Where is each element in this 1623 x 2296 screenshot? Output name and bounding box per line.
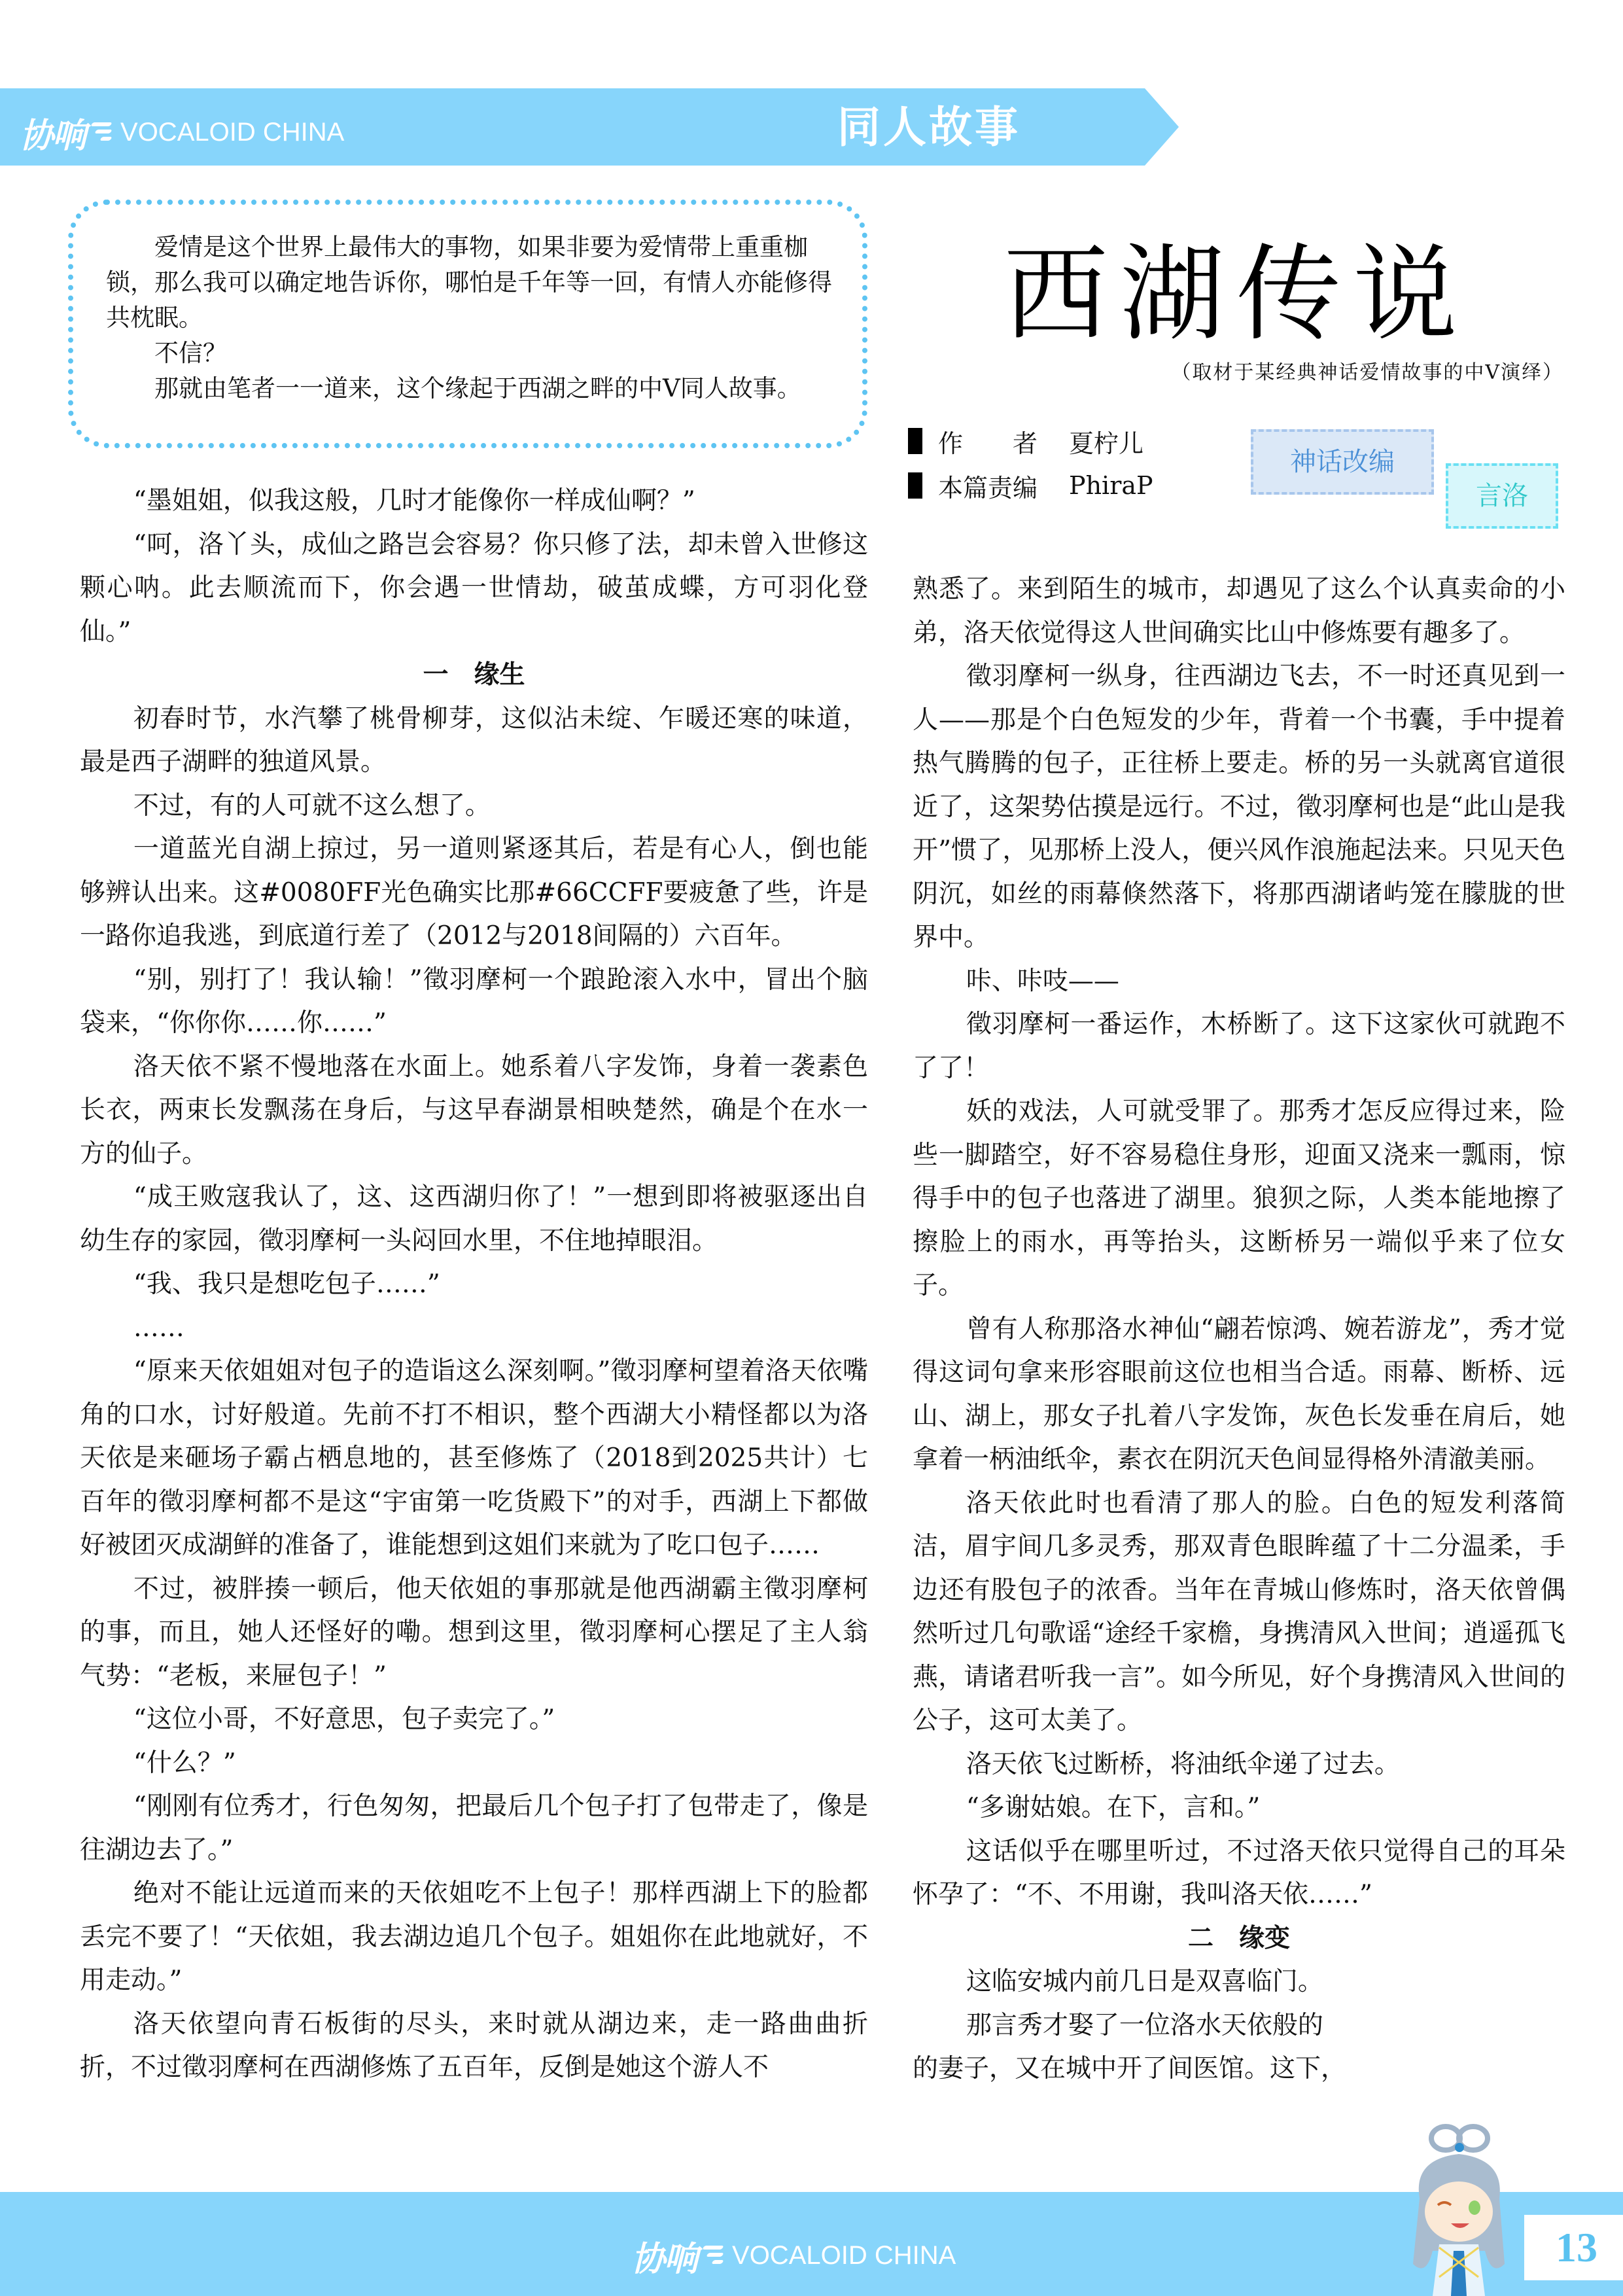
header-logo: 协响 VOCALOID CHINA <box>20 108 344 157</box>
body-paragraph: 不过，被胖揍一顿后，他天依姐的事那就是他西湖霸主徵羽摩柯的事，而且，她人还怪好的… <box>80 1568 868 1699</box>
credit-label: 作 者 <box>938 423 1069 459</box>
bullet-square-icon <box>908 428 922 454</box>
body-paragraph: “墨姐姐，似我这般，几时才能像你一样成仙啊？” <box>80 480 868 523</box>
body-paragraph: “多谢姑娘。在下，言和。” <box>913 1786 1565 1830</box>
article-subtitle: （取材于某经典神话爱情故事的中V演绎） <box>1007 356 1563 385</box>
body-paragraph: “这位小哥，不好意思，包子卖完了。” <box>80 1698 868 1742</box>
intro-box: 爱情是这个世界上最伟大的事物，如果非要为爱情带上重重枷锁，那么我可以确定地告诉你… <box>68 200 867 448</box>
body-paragraph: “呵，洛丫头，成仙之路岂会容易？你只修了法，却未曾入世修这颗心呐。此去顺流而下，… <box>80 523 868 654</box>
body-paragraph: 妖的戏法，人可就受罪了。那秀才怎反应得过来，险些一脚踏空，好不容易稳住身形，迎面… <box>913 1090 1565 1308</box>
credit-author: 作 者 夏柠儿 <box>908 419 1153 463</box>
body-paragraph: 咔、咔吱—— <box>913 960 1565 1004</box>
chapter-heading: 二 缘变 <box>913 1917 1565 1961</box>
page-number: 13 <box>1537 2218 1616 2277</box>
body-paragraph: “刚刚有位秀才，行色匆匆，把最后几个包子打了包带走了，像是往湖边去了。” <box>80 1785 868 1872</box>
intro-paragraph: 那就由笔者一一道来，这个缘起于西湖之畔的中V同人故事。 <box>106 371 832 406</box>
header-arrow-shape <box>1145 88 1179 166</box>
body-paragraph: 熟悉了。来到陌生的城市，却遇见了这么个认真卖命的小弟，洛天依觉得这人世间确实比山… <box>913 568 1565 655</box>
intro-paragraph: 爱情是这个世界上最伟大的事物，如果非要为爱情带上重重枷锁，那么我可以确定地告诉你… <box>106 230 832 336</box>
body-paragraph: “什么？” <box>80 1742 868 1786</box>
intro-paragraph: 不信？ <box>106 336 832 371</box>
body-paragraph: 的妻子，又在城中开了间医馆。这下， <box>913 2047 1565 2091</box>
body-paragraph: 徵羽摩柯一番运作，木桥断了。这下这家伙可就跑不了了！ <box>913 1003 1565 1090</box>
body-paragraph: 这临安城内前几日是双喜临门。 <box>913 1960 1565 2004</box>
logo-english: VOCALOID CHINA <box>120 118 344 147</box>
body-paragraph: “成王败寇我认了，这、这西湖归你了！”一想到即将被驱逐出自幼生存的家园，徵羽摩柯… <box>80 1176 868 1263</box>
body-paragraph: 洛天依此时也看清了那人的脸。白色的短发利落简洁，眉宇间几多灵秀，那双青色眼眸蕴了… <box>913 1482 1565 1743</box>
article-title: 西湖传说 <box>903 236 1570 353</box>
body-paragraph: 一道蓝光自湖上掠过，另一道则紧逐其后，若是有心人，倒也能够辨认出来。这#0080… <box>80 828 868 959</box>
credit-editor: 本篇责编 PhiraP <box>908 463 1153 508</box>
credits: 作 者 夏柠儿 本篇责编 PhiraP <box>908 419 1153 508</box>
genre-tag: 神话改编 <box>1251 429 1434 495</box>
credit-value: PhiraP <box>1069 471 1153 500</box>
left-column: “墨姐姐，似我这般，几时才能像你一样成仙啊？” “呵，洛丫头，成仙之路岂会容易？… <box>80 480 868 2090</box>
footer-logo: 协响 VOCALOID CHINA <box>631 2231 956 2280</box>
wing-icon <box>88 120 111 146</box>
section-title: 同人故事 <box>837 98 1021 157</box>
credit-value: 夏柠儿 <box>1069 423 1143 459</box>
body-paragraph: “我、我只是想吃包子……” <box>80 1263 868 1307</box>
logo-chinese: 协响 <box>631 2231 697 2280</box>
body-paragraph: 不过，有的人可就不这么想了。 <box>80 785 868 828</box>
body-paragraph: 绝对不能让远道而来的天依姐吃不上包子！那样西湖上下的脸都丢完不要了！“天依姐，我… <box>80 1872 868 2003</box>
body-paragraph: 这话似乎在哪里听过，不过洛天依只觉得自己的耳朵怀孕了：“不、不用谢，我叫洛天依…… <box>913 1830 1565 1917</box>
body-paragraph: 洛天依不紧不慢地落在水面上。她系着八字发饰，身着一袭素色长衣，两束长发飘荡在身后… <box>80 1046 868 1176</box>
wing-icon <box>699 2243 723 2269</box>
logo-english: VOCALOID CHINA <box>732 2241 956 2270</box>
body-paragraph: “别，别打了！我认输！”徵羽摩柯一个踉跄滚入水中，冒出个脑袋来，“你你你……你…… <box>80 959 868 1046</box>
body-paragraph: “原来天依姐姐对包子的造诣这么深刻啊。”徵羽摩柯望着洛天依嘴角的口水，讨好般道。… <box>80 1350 868 1568</box>
mascot-illustration <box>1393 2120 1524 2296</box>
body-paragraph: 徵羽摩柯一纵身，往西湖边飞去，不一时还真见到一人——那是个白色短发的少年，背着一… <box>913 655 1565 960</box>
credit-label: 本篇责编 <box>938 468 1069 504</box>
body-paragraph: 那言秀才娶了一位洛水天依般的 <box>913 2004 1565 2048</box>
logo-chinese: 协响 <box>20 108 85 157</box>
body-paragraph: 曾有人称那洛水神仙“翩若惊鸿、婉若游龙”，秀才觉得这词句拿来形容眼前这位也相当合… <box>913 1308 1565 1482</box>
ellipsis-line: …… <box>80 1307 868 1351</box>
body-paragraph: 初春时节，水汽攀了桃骨柳芽，这似沾未绽、乍暖还寒的味道，最是西子湖畔的独道风景。 <box>80 698 868 785</box>
right-column: 熟悉了。来到陌生的城市，却遇见了这么个认真卖命的小弟，洛天依觉得这人世间确实比山… <box>913 568 1565 2091</box>
body-paragraph: 洛天依望向青石板街的尽头，来时就从湖边来，走一路曲曲折折，不过徵羽摩柯在西湖修炼… <box>80 2003 868 2090</box>
bullet-square-icon <box>908 472 922 499</box>
character-tag: 言洛 <box>1446 463 1558 529</box>
body-paragraph: 洛天依飞过断桥，将油纸伞递了过去。 <box>913 1743 1565 1787</box>
chapter-heading: 一 缘生 <box>80 654 868 698</box>
